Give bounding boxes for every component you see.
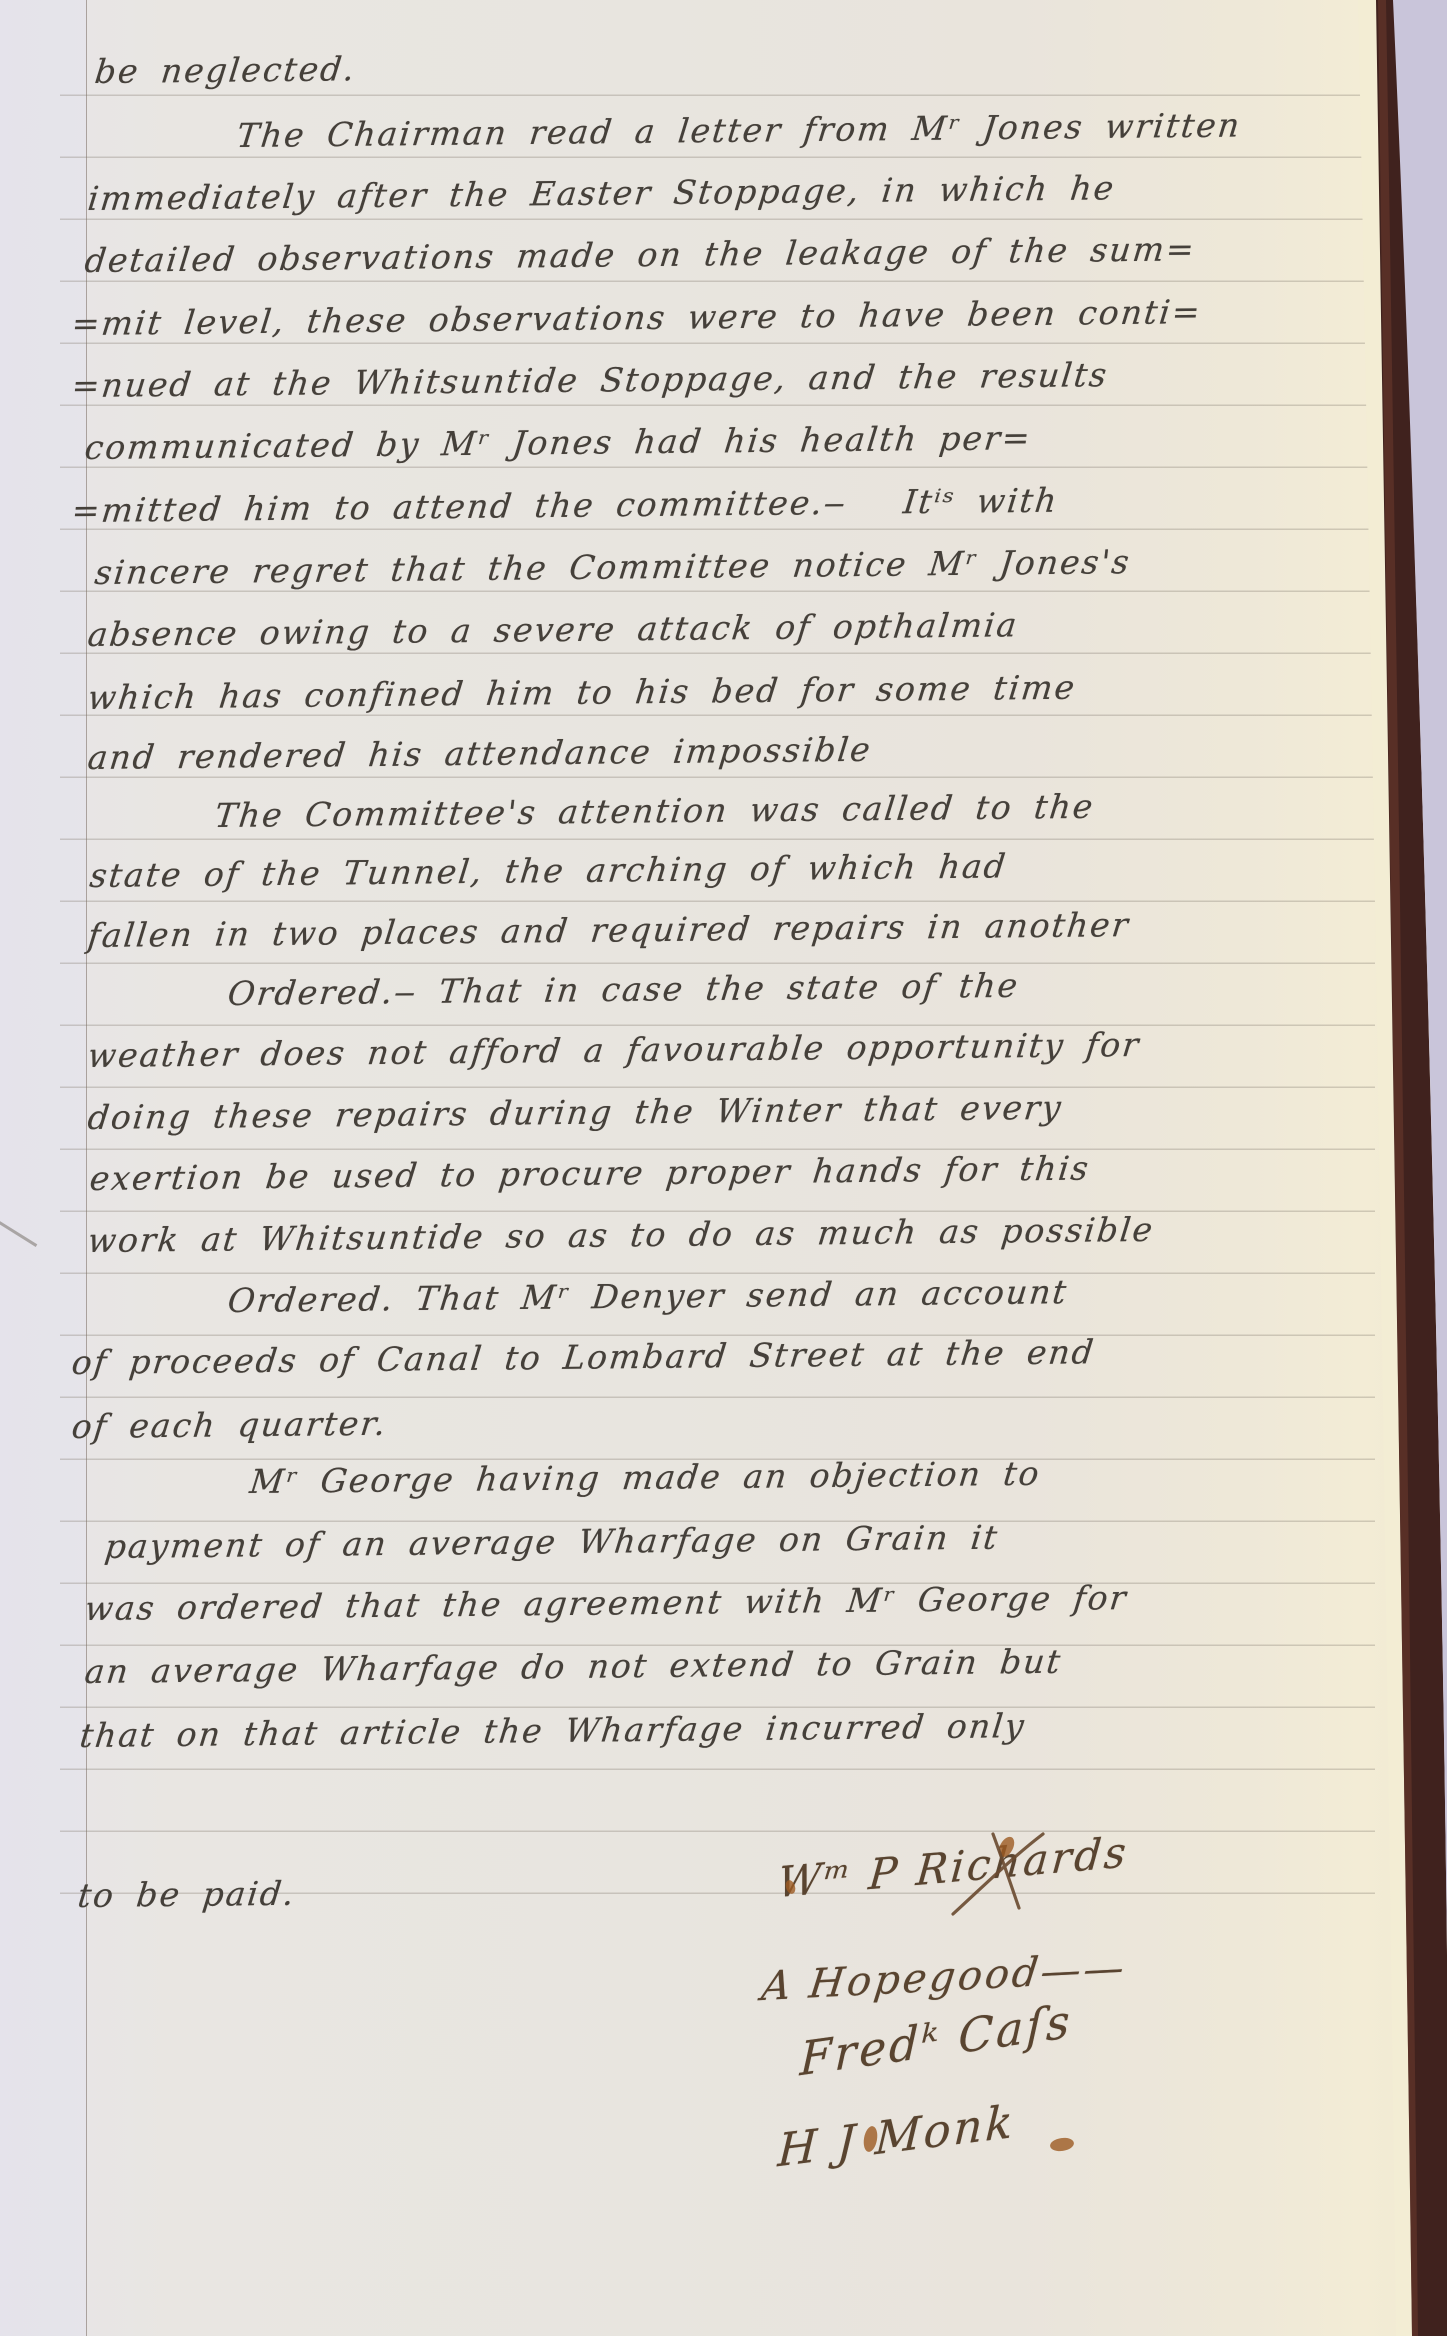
manuscript-line: be neglected. — [93, 49, 358, 91]
manuscript-line: of each quarter. — [70, 1404, 390, 1446]
manuscript-line: immediately after the Easter Stoppage, i… — [86, 168, 1118, 218]
manuscript-line: of proceeds of Canal to Lombard Street a… — [70, 1332, 1097, 1382]
manuscript-line: which has confined him to his bed for so… — [86, 668, 1079, 717]
manuscript-line: Ordered.‒ That in case the state of the — [226, 966, 1022, 1013]
manuscript-line: =nued at the Whitsuntide Stoppage, and t… — [70, 355, 1111, 405]
manuscript-line: work at Whitsuntide so as to do as much … — [86, 1210, 1157, 1260]
manuscript-line: communicated by Mʳ Jones had his health … — [83, 418, 1034, 467]
manuscript-line: that on that article the Wharfage incurr… — [78, 1706, 1028, 1755]
manuscript-page: be neglected.The Chairman read a letter … — [0, 0, 1447, 2336]
signature: Wᵐ P Richards — [776, 1827, 1131, 1907]
manuscript-line: exertion be used to procure proper hands… — [88, 1149, 1092, 1199]
manuscript-line: doing these repairs during the Winter th… — [86, 1088, 1065, 1137]
manuscript-line: =mit level, these observations were to h… — [70, 292, 1204, 343]
manuscript-line: fallen in two places and required repair… — [86, 905, 1132, 955]
photographed-minute-book: { "page": { "colors": { "paper": "#e9e6e… — [0, 0, 1447, 2336]
manuscript-line: and rendered his attendance impossible — [86, 730, 874, 777]
signature: H J Monk — [777, 2094, 1017, 2177]
manuscript-line: Ordered. That Mʳ Denyer send an account — [226, 1272, 1070, 1320]
signature: Fredᵏ Caſs — [799, 1993, 1073, 2086]
manuscript-line: payment of an average Wharfage on Grain … — [103, 1518, 1001, 1566]
manuscript-line: was ordered that the agreement with Mʳ G… — [83, 1578, 1130, 1628]
manuscript-line: The Committee's attention was called to … — [213, 787, 1097, 835]
manuscript-line: detailed observations made on the leakag… — [83, 229, 1198, 280]
manuscript-line: =mitted him to attend the committee.‒ It… — [70, 481, 1061, 530]
manuscript-line: weather does not afford a favourable opp… — [86, 1025, 1143, 1075]
manuscript-line: an average Wharfage do not extend to Gra… — [83, 1642, 1064, 1691]
manuscript-line: Mʳ George having made an objection to — [248, 1454, 1043, 1501]
manuscript-line: The Chairman read a letter from Mʳ Jones… — [235, 105, 1244, 155]
manuscript-line: to be paid. — [76, 1874, 298, 1915]
manuscript-line: sincere regret that the Committee notice… — [93, 542, 1133, 592]
manuscript-line: absence owing to a severe attack of opth… — [86, 605, 1021, 654]
signature: A Hopegood—— — [759, 1945, 1129, 2010]
ink-blot — [1049, 2136, 1075, 2152]
page-fold-margin — [0, 0, 87, 2336]
manuscript-line: state of the Tunnel, the arching of whic… — [88, 846, 1009, 895]
